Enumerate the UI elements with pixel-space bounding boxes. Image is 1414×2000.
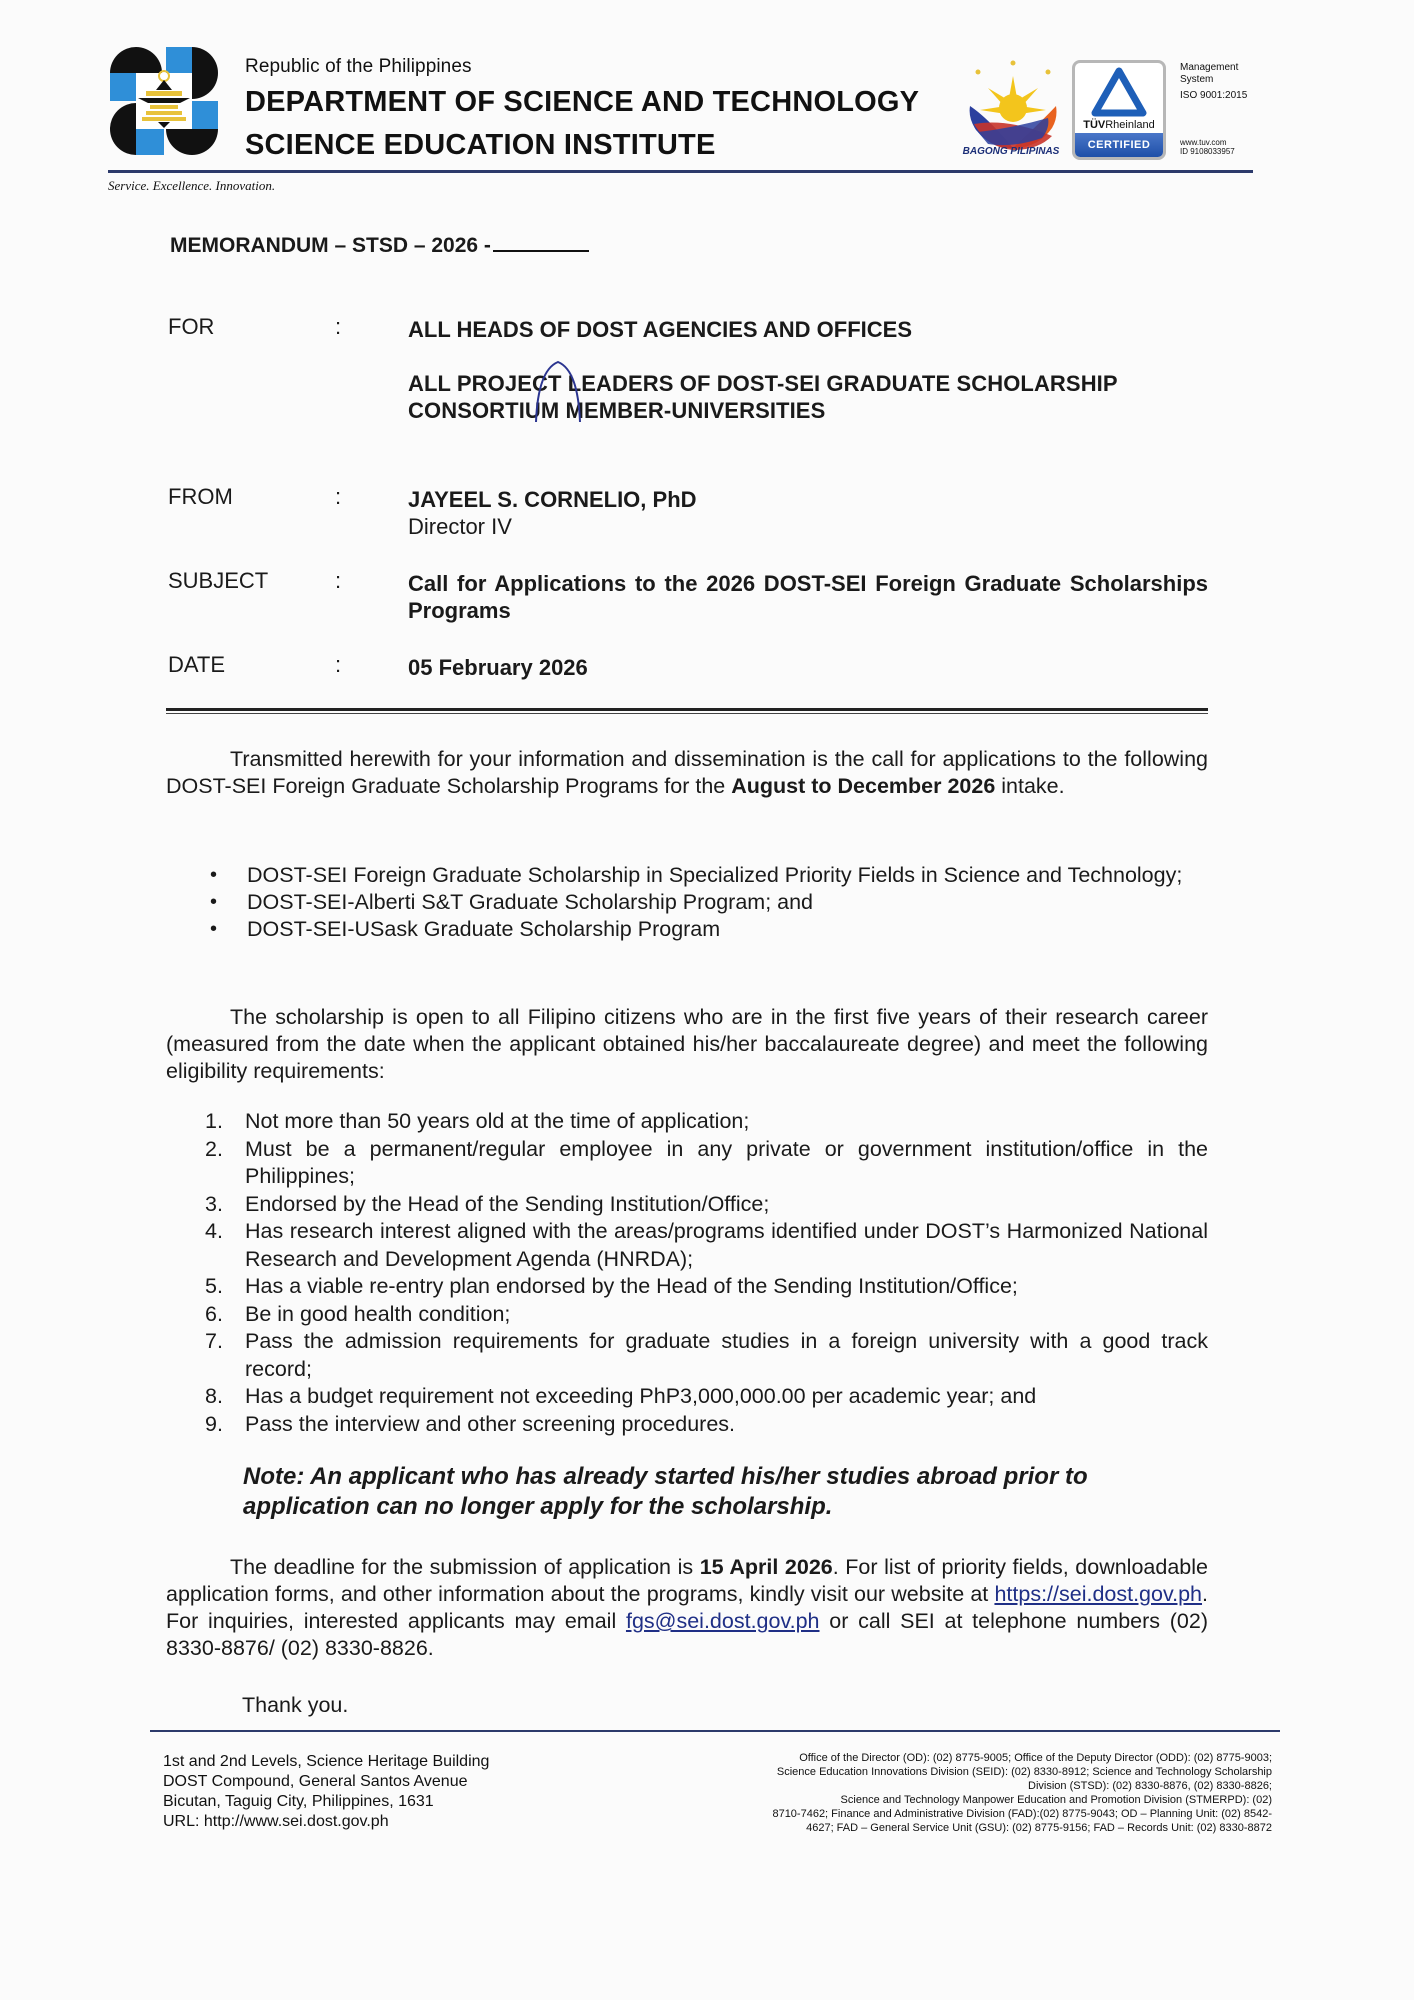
for-recipient-1: ALL HEADS OF DOST AGENCIES AND OFFICES (408, 316, 1208, 343)
requirement-item: 6.Be in good health condition; (205, 1301, 1208, 1329)
tuv-triangle-icon (1075, 65, 1163, 119)
for-label: FOR (168, 314, 214, 340)
letterhead-text: Republic of the Philippines DEPARTMENT O… (245, 56, 919, 162)
dost-logo-icon (108, 46, 220, 156)
memo-number-blank (493, 232, 589, 252)
from-label: FROM (168, 484, 233, 510)
bagong-pilipinas-logo-icon (958, 58, 1068, 160)
requirement-item: 1.Not more than 50 years old at the time… (205, 1108, 1208, 1136)
requirement-item: 4.Has research interest aligned with the… (205, 1218, 1208, 1273)
memo-header-divider (166, 708, 1208, 714)
tagline: Service. Excellence. Innovation. (108, 178, 275, 194)
subject-label: SUBJECT (168, 568, 268, 594)
intro-paragraph: Transmitted herewith for your informatio… (166, 746, 1208, 800)
tuv-certification-badge: TÜVRheinland CERTIFIED (1072, 60, 1166, 160)
header-divider (108, 170, 1253, 173)
deadline-date: 15 April 2026 (700, 1555, 833, 1579)
from-name: JAYEEL S. CORNELIO, PhD (408, 486, 1208, 513)
footer-url: URL: http://www.sei.dost.gov.ph (163, 1812, 489, 1832)
closing-text: Thank you. (242, 1693, 348, 1718)
requirement-item: 7.Pass the admission requirements for gr… (205, 1328, 1208, 1383)
management-system-info: Management System ISO 9001:2015 (1180, 62, 1247, 102)
republic-label: Republic of the Philippines (245, 56, 919, 78)
tuv-web-id: www.tuv.com ID 9108033957 (1180, 138, 1235, 156)
requirement-item: 5.Has a viable re-entry plan endorsed by… (205, 1273, 1208, 1301)
institute-name: SCIENCE EDUCATION INSTITUTE (245, 129, 919, 162)
from-title: Director IV (408, 513, 1208, 540)
program-item: DOST-SEI-USask Graduate Scholarship Prog… (210, 916, 1208, 943)
program-item: DOST-SEI Foreign Graduate Scholarship in… (210, 862, 1208, 889)
date-value: 05 February 2026 (408, 654, 1208, 681)
footer-divider (150, 1730, 1280, 1732)
eligibility-note: Note: An applicant who has already start… (243, 1462, 1208, 1522)
requirements-list: 1.Not more than 50 years old at the time… (205, 1108, 1208, 1438)
footer-address: 1st and 2nd Levels, Science Heritage Bui… (163, 1752, 489, 1832)
subject-text: Call for Applications to the 2026 DOST-S… (408, 570, 1208, 624)
email-link[interactable]: fgs@sei.dost.gov.ph (626, 1609, 820, 1633)
eligibility-intro: The scholarship is open to all Filipino … (166, 1004, 1208, 1085)
requirement-item: 8.Has a budget requirement not exceeding… (205, 1383, 1208, 1411)
deadline-paragraph: The deadline for the submission of appli… (166, 1554, 1208, 1662)
program-list: DOST-SEI Foreign Graduate Scholarship in… (210, 862, 1208, 943)
website-link[interactable]: https://sei.dost.gov.ph (994, 1582, 1202, 1606)
memorandum-number: MEMORANDUM – STSD – 2026 - (170, 232, 589, 258)
requirement-item: 2.Must be a permanent/regular employee i… (205, 1136, 1208, 1191)
footer-phone-directory: Office of the Director (OD): (02) 8775-9… (700, 1751, 1272, 1835)
iso-standard: ISO 9001:2015 (1180, 90, 1247, 102)
tuv-certified-label: CERTIFIED (1075, 133, 1163, 157)
date-label: DATE (168, 652, 225, 678)
program-item: DOST-SEI-Alberti S&T Graduate Scholarshi… (210, 889, 1208, 916)
requirement-item: 3.Endorsed by the Head of the Sending In… (205, 1191, 1208, 1219)
bagong-pilipinas-label: BAGONG PILIPINAS (948, 146, 1074, 157)
department-name: DEPARTMENT OF SCIENCE AND TECHNOLOGY (245, 86, 919, 119)
signature-stroke-icon (520, 350, 600, 430)
requirement-item: 9.Pass the interview and other screening… (205, 1411, 1208, 1439)
intake-period: August to December 2026 (731, 774, 995, 798)
tuv-brand: TÜVRheinland (1075, 119, 1163, 131)
